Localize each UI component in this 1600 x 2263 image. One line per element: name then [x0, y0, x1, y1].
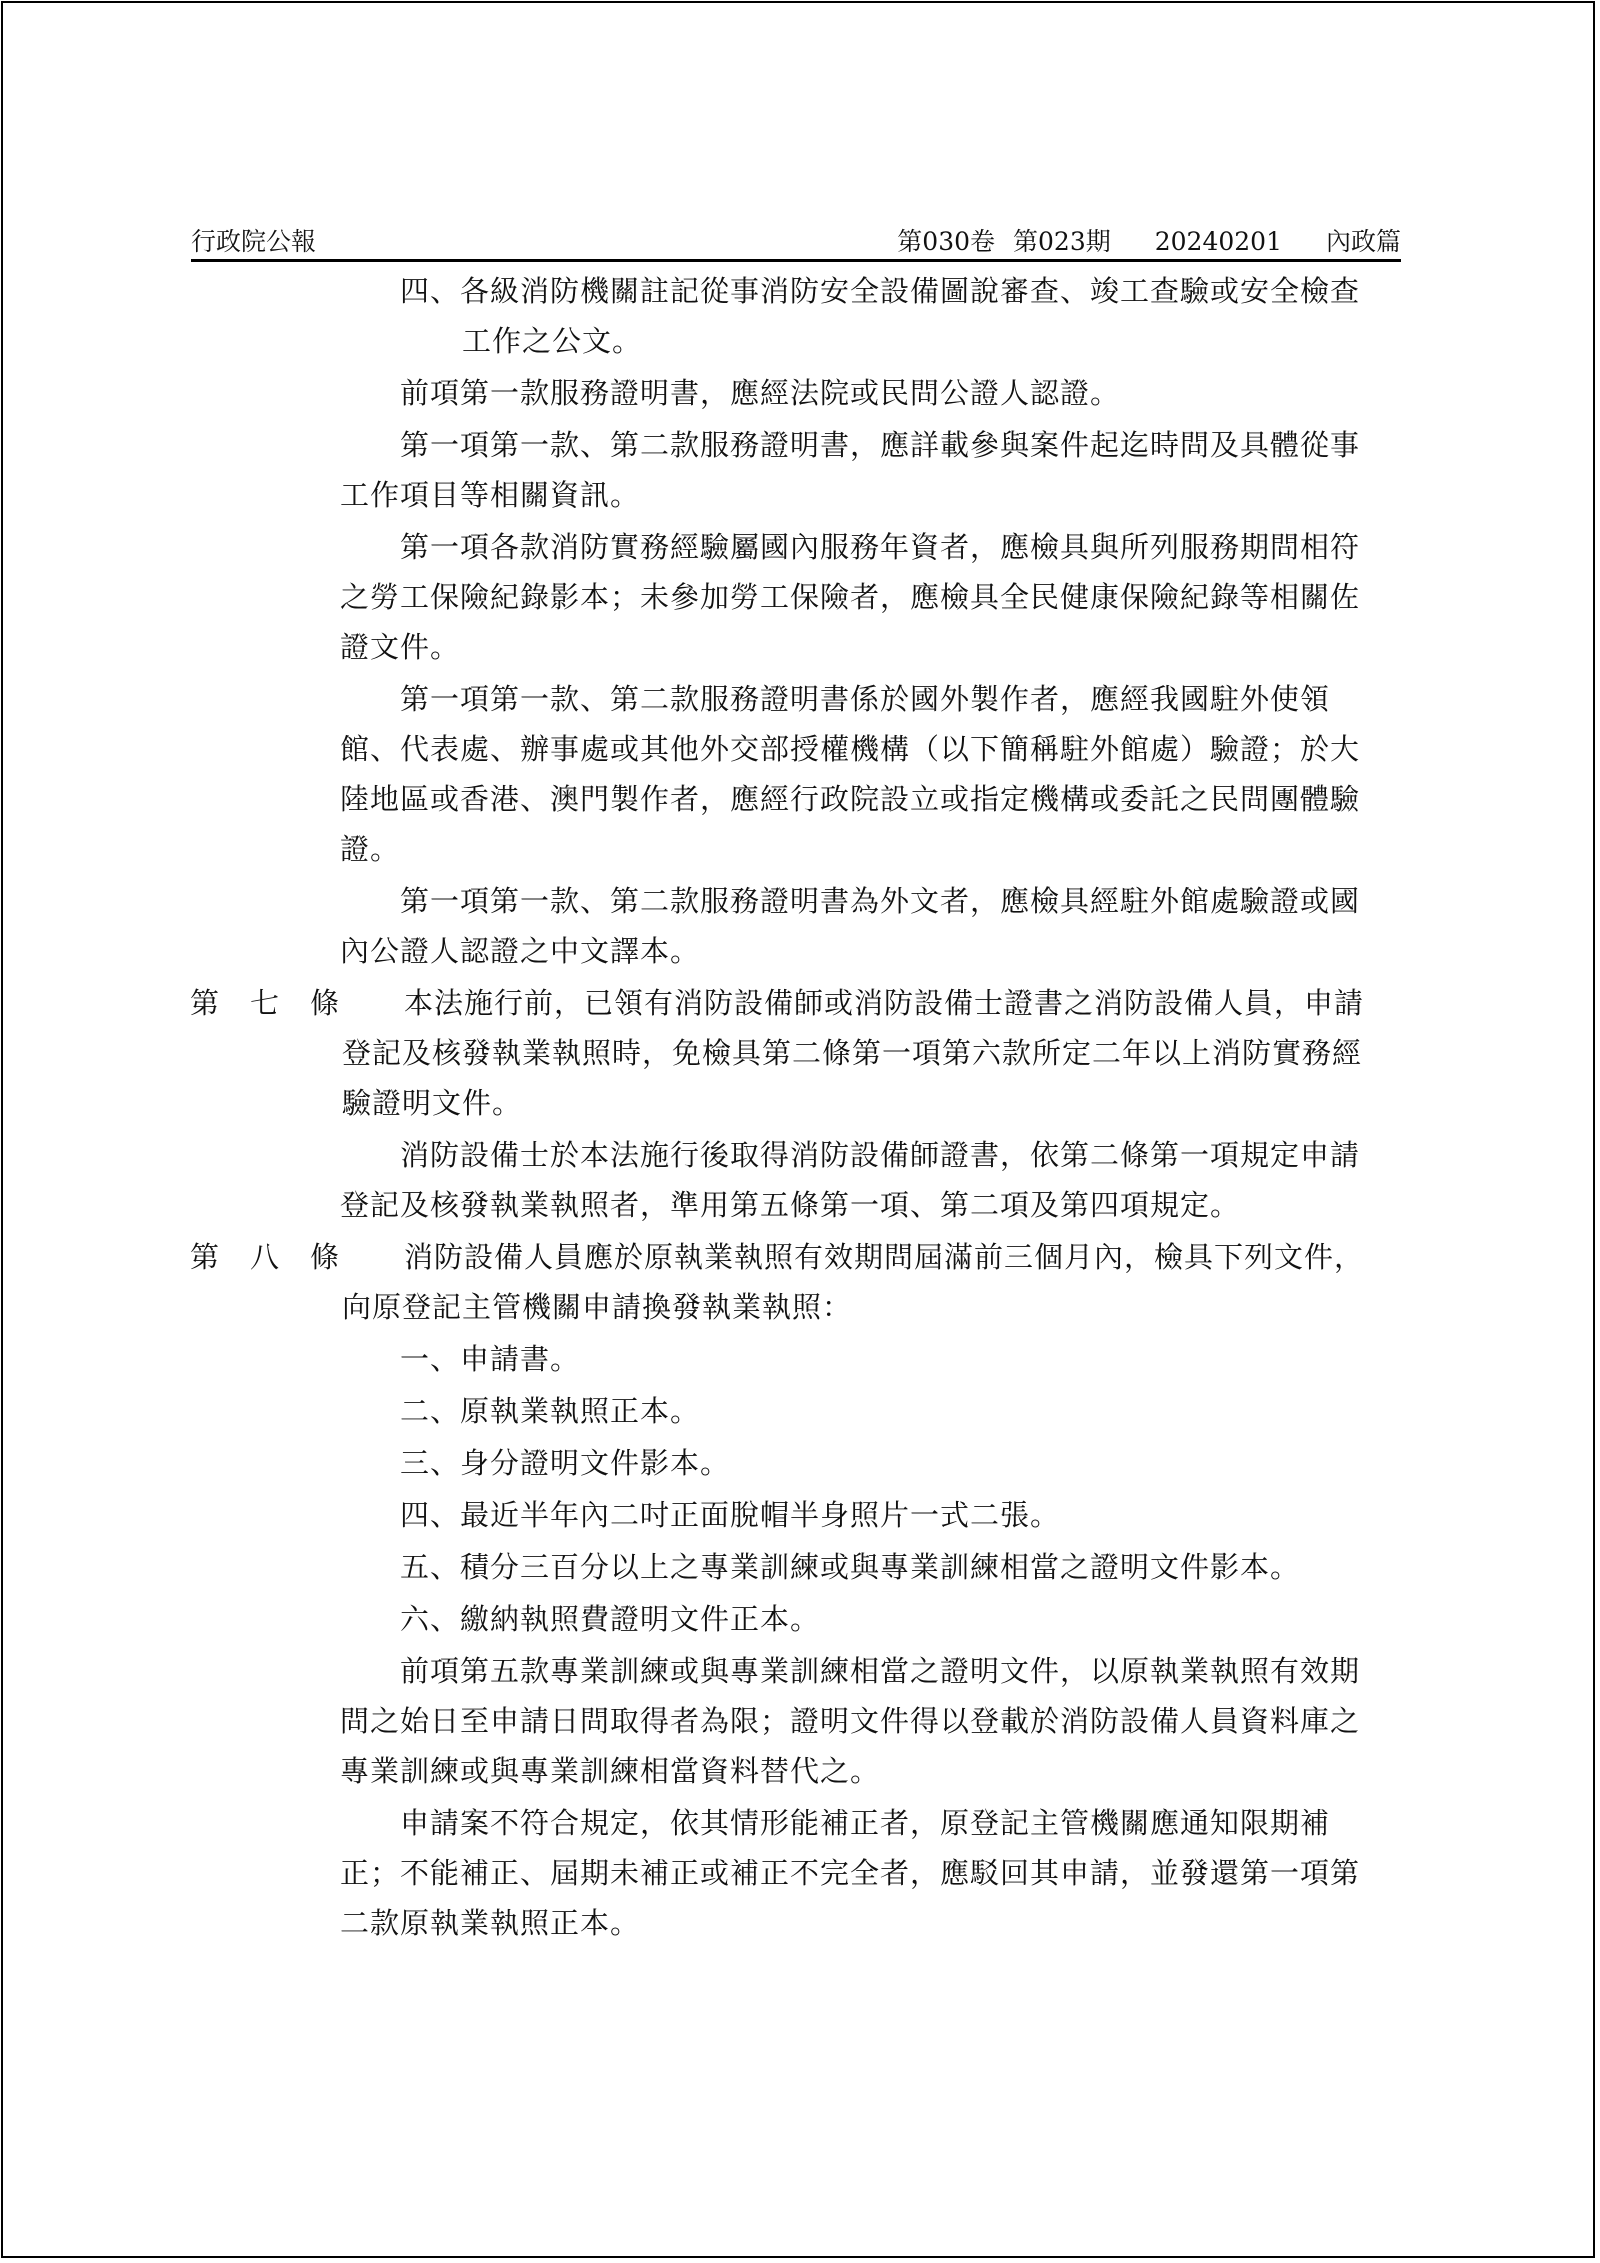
- article-7-label: 第七條: [190, 985, 370, 1021]
- issue-date: 20240201: [1155, 225, 1282, 259]
- article-8-label: 第八條: [190, 1239, 370, 1275]
- article-8-paragraph-1: 消防設備人員應於原執業執照有效期問屆滿前三個月內，檢具下列文件，: [404, 1239, 1364, 1275]
- publication-name: 行政院公報: [191, 225, 316, 259]
- article-7-paragraph-1-cont: 驗證明文件。: [342, 1085, 522, 1121]
- paragraph-foreign-cont: 證。: [340, 831, 400, 867]
- paragraph-foreign: 第一項第一款、第二款服務證明書係於國外製作者，應經我國駐外使領: [400, 681, 1330, 717]
- article-7-paragraph-1-cont: 登記及核發執業執照時，免檢具第二條第一項第六款所定二年以上消防實務經: [342, 1035, 1362, 1071]
- paragraph-detail-cont: 工作項目等相關資訊。: [340, 477, 640, 513]
- paragraph-foreign-cont: 陸地區或香港、澳門製作者，應經行政院設立或指定機構或委託之民問團體驗: [340, 781, 1360, 817]
- page-header: 行政院公報 第030卷 第023期 20240201 內政篇: [191, 225, 1401, 262]
- list-item-4: 四、各級消防機關註記從事消防安全設備圖說審查、竣工查驗或安全檢查: [400, 273, 1360, 309]
- list-item: 一、申請書。: [400, 1341, 580, 1377]
- paragraph-foreign-cont: 館、代表處、辦事處或其他外交部授權機構（以下簡稱駐外館處）驗證；於大: [340, 731, 1360, 767]
- paragraph-translation-cont: 內公證人認證之中文譯本。: [340, 933, 700, 969]
- article-7-paragraph-2: 消防設備士於本法施行後取得消防設備師證書，依第二條第一項規定申請: [400, 1137, 1360, 1173]
- paragraph-insurance-cont: 之勞工保險紀錄影本；未參加勞工保險者，應檢具全民健康保險紀錄等相關佐: [340, 579, 1360, 615]
- article-8-paragraph-1-cont: 向原登記主管機關申請換發執業執照：: [342, 1289, 852, 1325]
- paragraph-insurance-cont: 證文件。: [340, 629, 460, 665]
- list-item: 五、積分三百分以上之專業訓練或與專業訓練相當之證明文件影本。: [400, 1549, 1300, 1585]
- document-page: 行政院公報 第030卷 第023期 20240201 內政篇: [1, 1, 1595, 2258]
- volume-number: 第030卷: [897, 225, 995, 259]
- list-item: 三、身分證明文件影本。: [400, 1445, 730, 1481]
- article-8-paragraph-3-cont: 二款原執業執照正本。: [340, 1905, 640, 1941]
- article-8-paragraph-2-cont: 專業訓練或與專業訓練相當資料替代之。: [340, 1753, 880, 1789]
- paragraph-translation: 第一項第一款、第二款服務證明書為外文者，應檢具經駐外館處驗證或國: [400, 883, 1360, 919]
- list-item: 六、繳納執照費證明文件正本。: [400, 1601, 820, 1637]
- article-8-paragraph-3: 申請案不符合規定，依其情形能補正者，原登記主管機關應通知限期補: [400, 1805, 1330, 1841]
- article-7-paragraph-1: 本法施行前，已領有消防設備師或消防設備士證書之消防設備人員，申請: [404, 985, 1364, 1021]
- list-item: 二、原執業執照正本。: [400, 1393, 700, 1429]
- article-7-paragraph-2-cont: 登記及核發執業執照者，準用第五條第一項、第二項及第四項規定。: [340, 1187, 1240, 1223]
- section-name: 內政篇: [1326, 225, 1401, 259]
- paragraph-notary: 前項第一款服務證明書，應經法院或民問公證人認證。: [400, 375, 1120, 411]
- paragraph-detail: 第一項第一款、第二款服務證明書，應詳載參與案件起迄時問及具體從事: [400, 427, 1360, 463]
- article-8-paragraph-3-cont: 正；不能補正、屆期未補正或補正不完全者，應駁回其申請，並發還第一項第: [340, 1855, 1360, 1891]
- article-8-paragraph-2: 前項第五款專業訓練或與專業訓練相當之證明文件，以原執業執照有效期: [400, 1653, 1360, 1689]
- issue-info: 第030卷 第023期 20240201 內政篇: [897, 225, 1401, 259]
- issue-number: 第023期: [1013, 225, 1111, 259]
- list-item: 四、最近半年內二吋正面脫帽半身照片一式二張。: [400, 1497, 1060, 1533]
- article-8-paragraph-2-cont: 問之始日至申請日問取得者為限；證明文件得以登載於消防設備人員資料庫之: [340, 1703, 1360, 1739]
- list-item-4-cont: 工作之公文。: [462, 323, 642, 359]
- paragraph-insurance: 第一項各款消防實務經驗屬國內服務年資者，應檢具與所列服務期問相符: [400, 529, 1360, 565]
